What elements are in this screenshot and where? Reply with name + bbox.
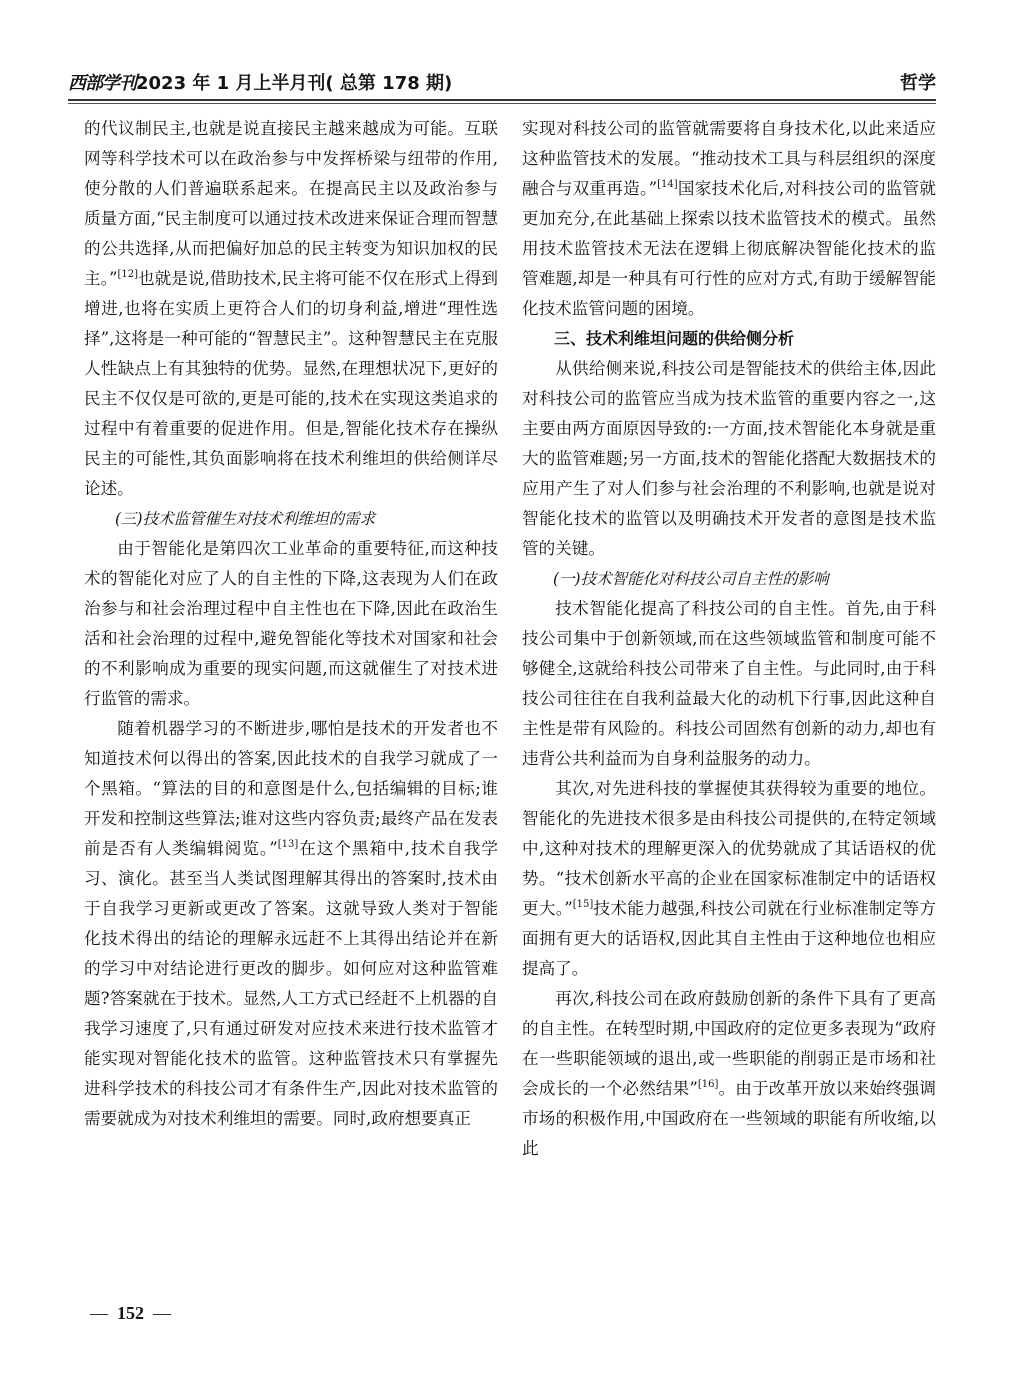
running-header: 西部学刊2023 年 1 月上半月刊( 总第 178 期) 哲学 xyxy=(68,70,936,100)
page-footer: — 152 — xyxy=(90,1303,171,1324)
paragraph: 实现对科技公司的监管就需要将自身技术化,以此来适应这种监管技术的发展。“推动技术… xyxy=(522,114,936,324)
paragraph: 其次,对先进科技的掌握使其获得较为重要的地位。智能化的先进技术很多是由科技公司提… xyxy=(522,774,936,984)
citation-ref: [15] xyxy=(573,899,594,910)
header-rule-thin xyxy=(68,103,936,104)
left-column: 的代议制民主,也就是说直接民主越来越成为可能。互联网等科学技术可以在政治参与中发… xyxy=(84,114,498,1134)
paragraph: 由于智能化是第四次工业革命的重要特征,而这种技术的智能化对应了人的自主性的下降,… xyxy=(84,534,498,714)
journal-logo: 西部学刊 xyxy=(68,73,136,94)
journal-issue-line: 西部学刊2023 年 1 月上半月刊( 总第 178 期) xyxy=(68,70,452,98)
right-column: 实现对科技公司的监管就需要将自身技术化,以此来适应这种监管技术的发展。“推动技术… xyxy=(522,114,936,1164)
paragraph: 再次,科技公司在政府鼓励创新的条件下具有了更高的自主性。在转型时期,中国政府的定… xyxy=(522,984,936,1164)
issue-info: 2023 年 1 月上半月刊( 总第 178 期) xyxy=(136,73,452,94)
subheading: (一)技术智能化对科技公司自主性的影响 xyxy=(522,564,936,594)
header-rule-thick xyxy=(68,99,936,101)
citation-ref: [16] xyxy=(698,1079,719,1090)
paragraph: 随着机器学习的不断进步,哪怕是技术的开发者也不知道技术何以得出的答案,因此技术的… xyxy=(84,714,498,1134)
citation-ref: [13] xyxy=(278,839,299,850)
paragraph: 从供给侧来说,科技公司是智能技术的供给主体,因此对科技公司的监管应当成为技术监管… xyxy=(522,354,936,564)
citation-ref: [14] xyxy=(657,179,678,190)
footer-dash-left: — xyxy=(90,1303,108,1323)
section-label: 哲学 xyxy=(900,70,936,98)
footer-dash-right: — xyxy=(153,1303,171,1323)
page-number: 152 xyxy=(117,1303,144,1323)
paragraph: 技术智能化提高了科技公司的自主性。首先,由于科技公司集中于创新领域,而在这些领域… xyxy=(522,594,936,774)
section-heading: 三、技术利维坦问题的供给侧分析 xyxy=(522,324,936,354)
paragraph: 的代议制民主,也就是说直接民主越来越成为可能。互联网等科学技术可以在政治参与中发… xyxy=(84,114,498,504)
subheading: (三)技术监管催生对技术利维坦的需求 xyxy=(84,504,498,534)
citation-ref: [12] xyxy=(117,269,138,280)
